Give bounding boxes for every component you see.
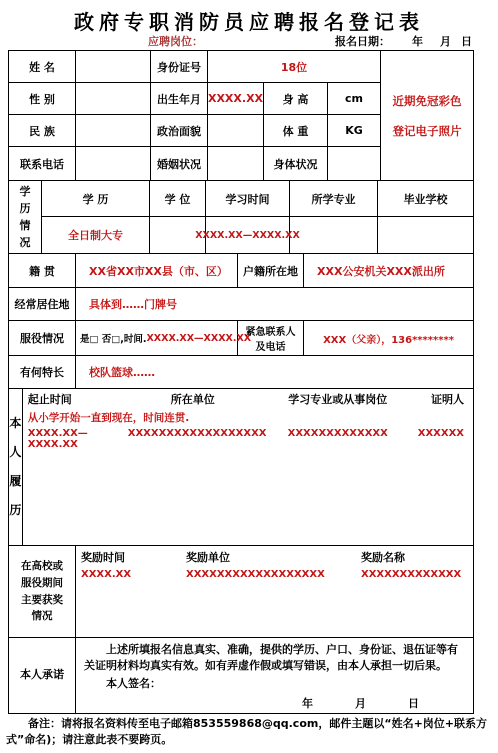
registration-table: 姓 名 身份证号 18位 性 别 出生年月 XXXX.XX 身 高 cm 民 族	[8, 50, 474, 714]
photo-area: 近期免冠彩色 登记电子照片	[381, 51, 473, 180]
academic-degree-header: 学 位	[150, 181, 206, 216]
award-unit-header: 奖励单位	[186, 549, 361, 565]
awards-header-row: 奖励时间 奖励单位 奖励名称	[81, 549, 468, 565]
id-number-label: 身份证号	[151, 51, 208, 82]
gender-label: 性 别	[9, 83, 76, 114]
military-service-value: 是□ 否□,时间.XXXX.XX—XXXX.XX	[76, 321, 238, 355]
resume-major-post-header: 学习专业或从事岗位	[258, 391, 418, 407]
specialty-label: 有何特长	[9, 356, 76, 388]
resume-reference-value: XXXXXX	[418, 428, 468, 450]
service-yes-no-checkboxes: 是□ 否□,时间.	[80, 331, 146, 345]
form-title: 政府专职消防员应聘报名登记表	[0, 6, 498, 35]
residence-value: 具体到……门牌号	[76, 288, 473, 320]
resume-unit-header: 所在单位	[128, 391, 258, 407]
weight-label: 体 重	[264, 115, 328, 146]
household-registry-value: XXX公安机关XXX派出所	[304, 254, 473, 287]
row-ethnic-political: 民 族 政治面貌 体 重 KG	[9, 115, 380, 147]
major-header: 所学专业	[290, 181, 378, 216]
major-value-cell	[290, 217, 378, 253]
signature-label: 本人签名：	[106, 676, 465, 692]
resume-header-row: 起止时间 所在单位 学习专业或从事岗位 证明人	[28, 391, 468, 407]
award-time-header: 奖励时间	[81, 549, 186, 565]
award-name-header: 奖励名称	[361, 549, 468, 565]
date-year-label: 年	[412, 33, 423, 49]
marital-status-label: 婚姻状况	[151, 147, 208, 180]
phone-value-cell	[76, 147, 151, 180]
row-phone-marital: 联系电话 婚姻状况 身体状况	[9, 147, 380, 180]
residence-label: 经常居住地	[9, 288, 76, 320]
awards-section: 在高校或 服役期间 主要获奖 情况 奖励时间 奖励单位 奖励名称 XXXX.XX…	[9, 546, 473, 638]
resume-major-post-value: XXXXXXXXXXXXX	[258, 428, 418, 450]
photo-note-line2: 登记电子照片	[393, 123, 462, 139]
photo-note-line1: 近期免冠彩色	[393, 93, 462, 109]
form-subheader: 应聘岗位： 报名日期： 年 月 日	[0, 33, 498, 49]
education-section-label: 学 历 情 况	[9, 181, 42, 253]
political-status-value-cell	[208, 115, 264, 146]
name-value-cell	[76, 51, 151, 82]
awards-value-row: XXXX.XX XXXXXXXXXXXXXXXXXX XXXXXXXXXXXXX	[81, 569, 468, 580]
id-number-value: 18位	[208, 51, 380, 82]
date-day-label: 日	[461, 33, 472, 49]
service-time-value: XXXX.XX—XXXX.XX	[146, 333, 251, 344]
date-month-label: 月	[440, 33, 451, 49]
pledge-date-line: 年 月 日	[84, 696, 465, 712]
degree-header: 学 历	[42, 181, 150, 216]
birth-date-label: 出生年月	[151, 83, 208, 114]
political-status-label: 政治面貌	[151, 115, 208, 146]
resume-note: 从小学开始一直到现在，时间连贯.	[28, 410, 468, 425]
pledge-text: 上述所填报名信息真实、准确，提供的学历、户口、身份证、退伍证等有关证明材料均真实…	[84, 642, 465, 674]
native-place-label: 籍 贯	[9, 254, 76, 287]
award-name-value: XXXXXXXXXXXXX	[361, 569, 468, 580]
ethnicity-value-cell	[76, 115, 151, 146]
awards-section-label: 在高校或 服役期间 主要获奖 情况	[9, 546, 76, 637]
specialty-value: 校队篮球……	[76, 356, 473, 388]
resume-period-value: XXXX.XX—XXXX.XX	[28, 428, 128, 450]
emergency-contact-label: 紧急联系人 及电话	[238, 321, 304, 355]
resume-reference-header: 证明人	[418, 391, 468, 407]
degree-value: 全日制大专	[42, 217, 150, 253]
weight-unit: KG	[328, 115, 380, 146]
award-time-value: XXXX.XX	[81, 569, 186, 580]
birth-date-value: XXXX.XX	[208, 83, 264, 114]
remarks-footnote: 备注：请将报名资料传至电子邮箱853559868@qq.com，邮件主题以“姓名…	[0, 716, 498, 748]
marital-status-value-cell	[208, 147, 264, 180]
specialty-row: 有何特长 校队篮球……	[9, 356, 473, 389]
gender-value-cell	[76, 83, 151, 114]
resume-section: 本 人 履 历 起止时间 所在单位 学习专业或从事岗位 证明人 从小学开始一直到…	[9, 389, 473, 546]
resume-value-row: XXXX.XX—XXXX.XX XXXXXXXXXXXXXXXXXX XXXXX…	[28, 428, 468, 450]
form-page: 政府专职消防员应聘报名登记表 应聘岗位： 报名日期： 年 月 日 姓 名 身份证…	[0, 0, 498, 753]
residence-row: 经常居住地 具体到……门牌号	[9, 288, 473, 321]
pledge-section: 本人承诺 上述所填报名信息真实、准确，提供的学历、户口、身份证、退伍证等有关证明…	[9, 638, 473, 713]
pledge-section-label: 本人承诺	[9, 638, 76, 713]
ethnicity-label: 民 族	[9, 115, 76, 146]
physical-condition-label: 身体状况	[264, 147, 328, 180]
physical-condition-value-cell	[328, 147, 380, 180]
native-place-row: 籍 贯 XX省XX市XX县（市、区） 户籍所在地 XXX公安机关XXX派出所	[9, 254, 473, 288]
resume-section-label: 本 人 履 历	[9, 389, 23, 545]
household-registry-label: 户籍所在地	[238, 254, 304, 287]
registration-date-label: 报名日期：	[335, 33, 390, 49]
resume-period-header: 起止时间	[28, 391, 128, 407]
education-section: 学 历 情 况 学 历 学 位 学习时间 所学专业 毕业学校 全日制大专 XXX…	[9, 181, 473, 254]
height-unit: cm	[328, 83, 380, 114]
phone-label: 联系电话	[9, 147, 76, 180]
emergency-contact-value: XXX（父亲），136********	[304, 321, 473, 355]
row-gender-birth: 性 别 出生年月 XXXX.XX 身 高 cm	[9, 83, 380, 115]
position-applied-label: 应聘岗位：	[148, 33, 203, 49]
school-header: 毕业学校	[378, 181, 473, 216]
military-service-label: 服役情况	[9, 321, 76, 355]
pledge-month-label: 月	[355, 696, 366, 712]
pledge-day-label: 日	[408, 696, 419, 712]
school-value-cell	[378, 217, 473, 253]
pledge-year-label: 年	[302, 696, 313, 712]
height-label: 身 高	[264, 83, 328, 114]
name-label: 姓 名	[9, 51, 76, 82]
award-unit-value: XXXXXXXXXXXXXXXXXX	[186, 569, 361, 580]
basic-info-section: 姓 名 身份证号 18位 性 别 出生年月 XXXX.XX 身 高 cm 民 族	[9, 51, 473, 181]
row-name: 姓 名 身份证号 18位	[9, 51, 380, 83]
study-period-value: XXXX.XX—XXXX.XX	[206, 217, 290, 253]
native-place-value: XX省XX市XX县（市、区）	[76, 254, 238, 287]
study-period-header: 学习时间	[206, 181, 290, 216]
military-service-row: 服役情况 是□ 否□,时间.XXXX.XX—XXXX.XX 紧急联系人 及电话 …	[9, 321, 473, 356]
resume-unit-value: XXXXXXXXXXXXXXXXXX	[128, 428, 258, 450]
